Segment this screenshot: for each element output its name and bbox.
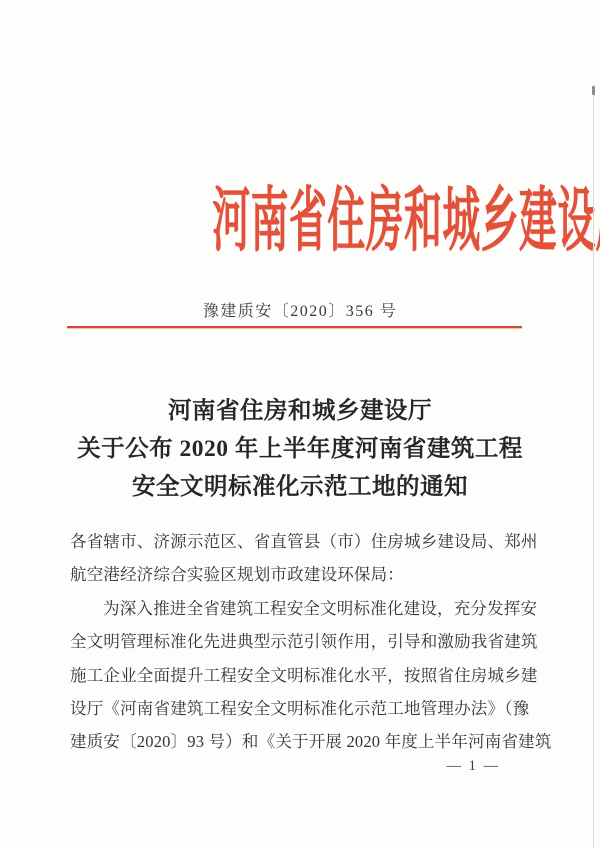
notice-title: 河南省住房和城乡建设厅 关于公布 2020 年上半年度河南省建筑工程 安全文明标… [0, 392, 600, 506]
red-divider-line [67, 326, 522, 328]
body-line: 建质安〔2020〕93 号）和《关于开展 2020 年度上半年河南省建筑 [70, 725, 528, 758]
body-line: 各省辖市、济源示范区、省直管县（市）住房城乡建设局、郑州 [70, 525, 528, 558]
scan-artifact-mark [592, 86, 595, 95]
body-line: 设厅《河南省建筑工程安全文明标准化示范工地管理办法》（豫 [70, 692, 528, 725]
letterhead-banner: 河南省住房和城乡建设厅文件 [0, 187, 600, 257]
body-text: 各省辖市、济源示范区、省直管县（市）住房城乡建设局、郑州 航空港经济综合实验区规… [70, 525, 528, 759]
notice-title-line-1: 河南省住房和城乡建设厅 [0, 392, 600, 430]
letterhead-title: 河南省住房和城乡建设厅文件 [212, 187, 600, 257]
body-line: 施工企业全面提升工程安全文明标准化水平，按照省住房城乡建 [70, 659, 528, 692]
body-line: 全文明管理标准化先进典型示范引领作用，引导和激励我省建筑 [70, 625, 528, 658]
page-number: — 1 — [447, 758, 501, 775]
notice-title-line-2: 关于公布 2020 年上半年度河南省建筑工程 [0, 430, 600, 468]
scan-paper-edge [593, 85, 595, 848]
scanned-document-page: 河南省住房和城乡建设厅文件 豫建质安〔2020〕356 号 河南省住房和城乡建设… [0, 0, 600, 848]
document-number: 豫建质安〔2020〕356 号 [0, 298, 600, 321]
body-line: 为深入推进全省建筑工程安全文明标准化建设，充分发挥安 [70, 592, 528, 625]
notice-title-line-3: 安全文明标准化示范工地的通知 [0, 468, 600, 506]
body-line: 航空港经济综合实验区规划市政建设环保局： [70, 558, 528, 591]
